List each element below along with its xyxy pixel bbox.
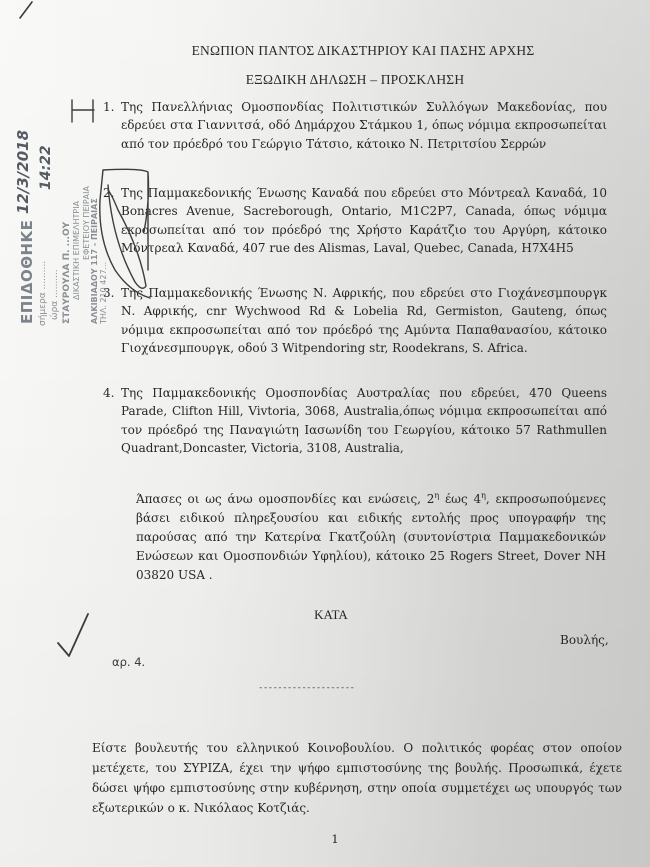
- party-item: 4. Της Παμμακεδονικής Ομοσπονδίας Αυστρα…: [121, 384, 607, 458]
- service-stamp: ΕΠΙΔΟΘΗΚΕ 12/3/2018 σήμερα .......... ώρ…: [4, 100, 108, 330]
- stamp-title: ΕΠΙΔΟΘΗΚΕ: [18, 220, 36, 324]
- stamp-date: 12/3/2018: [14, 130, 32, 214]
- stamp-date-label: σήμερα ..........: [38, 261, 48, 326]
- party-item: 1. Της Πανελλήνιας Ομοσπονδίας Πολιτιστι…: [121, 98, 607, 153]
- party-item: 3. Της Παμμακεδονικής Ένωσης Ν. Αφρικής,…: [121, 284, 607, 358]
- kata-heading: ΚΑΤΑ: [0, 607, 650, 623]
- stamp-phone: ΤΗΛ. 210 427...: [99, 262, 108, 324]
- stamp-officer-name: ΣΤΑΥΡΟΥΛΑ Π. ...ΟΥ: [62, 222, 72, 324]
- stamp-time-label: ώρα ..........: [50, 269, 60, 320]
- page-number: 1: [0, 832, 650, 846]
- stamp-officer-title: ΔΙΚΑΣΤΙΚΗ ΕΠΙΜΕΛΗΤΡΙΑ: [72, 201, 81, 300]
- rep-text-1: Άπασες οι ως άνω ομοσπονδίες και ενώσεις…: [136, 492, 434, 506]
- party-text: Της Παμμακεδονικής Ένωσης Καναδά που εδρ…: [121, 186, 607, 255]
- party-text: Της Παμμακεδονικής Ομοσπονδίας Αυστραλία…: [121, 386, 607, 455]
- party-text: Της Πανελλήνιας Ομοσπονδίας Πολιτιστικών…: [121, 100, 607, 151]
- party-item: 2. Της Παμμακεδονικής Ένωσης Καναδά που …: [121, 184, 607, 258]
- representation-paragraph: Άπασες οι ως άνω ομοσπονδίες και ενώσεις…: [136, 486, 606, 585]
- party-number: 4.: [103, 384, 114, 402]
- body-paragraph: Είστε βουλευτής του ελληνικού Κοινοβουλί…: [92, 738, 622, 818]
- stamp-time: 14:22: [38, 145, 54, 190]
- rep-text-2: έως 4: [439, 492, 481, 506]
- document-title: ΕΞΩΔΙΚΗ ΔΗΛΩΣΗ – ΠΡΟΣΚΛΗΣΗ: [30, 72, 650, 88]
- party-text: Της Παμμακεδονικής Ένωσης Ν. Αφρικής, πο…: [121, 286, 607, 355]
- voulis-text: Βουλής,: [560, 633, 609, 647]
- stamp-address: ΑΛΚΙΒΙΑΔΟΥ 117 - ΠΕΙΡΑΙΑΣ: [90, 198, 99, 324]
- pen-stroke-top-left: [20, 2, 32, 18]
- separator-line: --------------------: [258, 683, 354, 693]
- article-ref: αρ. 4.: [112, 655, 145, 669]
- court-heading: ΕΝΩΠΙΟΝ ΠΑΝΤΟΣ ΔΙΚΑΣΤΗΡΙΟΥ ΚΑΙ ΠΑΣΗΣ ΑΡΧ…: [38, 43, 650, 59]
